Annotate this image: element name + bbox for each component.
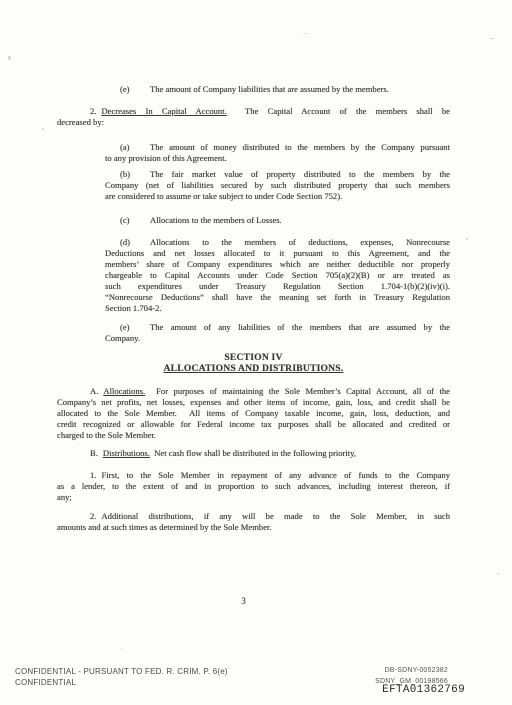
paragraph-2-decreases: 2.Decreases In Capital Account. The Capi…: [57, 106, 450, 128]
underlined-text: Decreases In Capital Account.: [101, 106, 226, 116]
paragraph-d-line: such expenditures under Treasury Regulat…: [105, 281, 450, 292]
paragraph-d-line: (d)Allocations to the members of deducti…: [105, 237, 450, 248]
text-segment: Allocations to the members of deductions…: [150, 237, 450, 247]
document-body: (e)The amount of Company liabilities tha…: [0, 0, 512, 533]
paragraph-b-line: are considered to assume or take subject…: [105, 191, 450, 202]
paragraph-1-first-line: 1.First, to the Sole Member in repayment…: [57, 470, 450, 481]
paragraph-B-distributions: B.Distributions. Net cash flow shall be …: [57, 448, 450, 459]
text-segment: The amount of any liabilities of the mem…: [150, 322, 450, 332]
scan-speckle: [303, 33, 308, 34]
paragraph-b: (b)The fair market value of property dis…: [105, 169, 450, 202]
paragraph-d: (d)Allocations to the members of deducti…: [105, 237, 450, 314]
paragraph-d-line: chargeable to Capital Accounts under Cod…: [105, 270, 450, 281]
text-segment: First, to the Sole Member in repayment o…: [101, 470, 450, 480]
text-segment: Additional distributions, if any will be…: [101, 511, 450, 521]
underlined-text: ALLOCATIONS AND DISTRIBUTIONS.: [164, 363, 344, 374]
text-segment: For purposes of maintaining the Sole Mem…: [145, 386, 450, 396]
paragraph-c: (c)Allocations to the members of Losses.: [105, 215, 450, 226]
paragraph-d-line: members’ share of Company expenditures w…: [105, 259, 450, 270]
paragraph-A-allocations-line: charged to the Sole Member.: [57, 430, 450, 441]
paragraph-2-decreases-line: decreased by:: [57, 117, 450, 128]
text-segment: Company.: [105, 333, 140, 343]
scan-speckle: [497, 573, 499, 575]
paragraph-label: (d): [120, 237, 150, 248]
footer-confidential-line1: CONFIDENTIAL - PURSUANT TO FED. R. CRIM.…: [15, 666, 228, 677]
paragraph-b-line: Company (net of liabilities secured by s…: [105, 180, 450, 191]
paragraph-B-distributions-line: B.Distributions. Net cash flow shall be …: [57, 448, 450, 459]
bates-number: EFTA01362769: [382, 684, 465, 696]
paragraph-A-allocations-line: Company’s net profits, net losses, expen…: [57, 397, 450, 408]
scan-speckle: [120, 648, 122, 649]
paragraph-e-liabilities: (e)The amount of any liabilities of the …: [105, 322, 450, 344]
paragraph-a-line: (a)The amount of money distributed to th…: [105, 142, 450, 153]
section-heading-line: ALLOCATIONS AND DISTRIBUTIONS.: [57, 363, 450, 374]
paragraph-1-first-line: as a lender, to the extent of and in pro…: [57, 481, 450, 492]
paragraph-label: 2.: [90, 511, 96, 521]
paragraph-A-allocations-line: allocated to the Sole Member. All items …: [57, 408, 450, 419]
paragraph-label: (e): [120, 322, 150, 333]
page-number: 3: [45, 596, 442, 606]
text-segment: SECTION IV: [224, 352, 282, 363]
underlined-text: Distributions.: [103, 448, 150, 458]
text-segment: Company (net of liabilities secured by s…: [105, 180, 450, 190]
text-segment: Deductions and net losses allocated to i…: [105, 248, 450, 258]
text-segment: “Nonrecourse Deductions” shall have the …: [105, 292, 450, 302]
paragraph-2-additional-line: 2.Additional distributions, if any will …: [57, 511, 450, 522]
text-segment: Company’s net profits, net losses, expen…: [57, 397, 450, 407]
text-segment: The amount of money distributed to the m…: [150, 142, 450, 152]
text-segment: such expenditures under Treasury Regulat…: [105, 281, 450, 291]
text-segment: to any provision of this Agreement.: [105, 153, 227, 163]
paragraph-e-increase-line: (e)The amount of Company liabilities tha…: [105, 84, 450, 95]
underlined-text: Allocations.: [103, 386, 145, 396]
paragraph-1-first-line: any;: [57, 492, 450, 503]
paragraph-A-allocations-line: A.Allocations. For purposes of maintaini…: [57, 386, 450, 397]
document-page: (e)The amount of Company liabilities tha…: [0, 0, 512, 705]
paragraph-label: 1.: [90, 470, 96, 480]
scan-speckle: [466, 238, 468, 240]
text-segment: allocated to the Sole Member. All items …: [57, 408, 450, 418]
text-segment: chargeable to Capital Accounts under Cod…: [105, 270, 450, 280]
paragraph-1-first: 1.First, to the Sole Member in repayment…: [57, 470, 450, 503]
footer-confidential-stamp: CONFIDENTIAL - PURSUANT TO FED. R. CRIM.…: [15, 666, 228, 688]
text-segment: decreased by:: [57, 117, 104, 127]
paragraph-label: A.: [90, 386, 98, 396]
paragraph-c-line: (c)Allocations to the members of Losses.: [105, 215, 450, 226]
paragraph-label: 2.: [90, 106, 96, 116]
section-heading-line: SECTION IV: [57, 352, 450, 363]
footer-db-number: DB-SDNY-0052382: [375, 666, 448, 677]
paragraph-d-line: Section 1.704-2.: [105, 303, 450, 314]
scan-speckle: [42, 128, 44, 130]
text-segment: as a lender, to the extent of and in pro…: [57, 481, 450, 491]
section-heading: SECTION IVALLOCATIONS AND DISTRIBUTIONS.: [57, 352, 450, 374]
text-segment: Net cash flow shall be distributed in th…: [150, 448, 356, 458]
text-segment: Allocations to the members of Losses.: [150, 215, 282, 225]
text-segment: are considered to assume or take subject…: [105, 191, 342, 201]
paragraph-e-liabilities-line: (e)The amount of any liabilities of the …: [105, 322, 450, 333]
paragraph-label: (c): [120, 215, 150, 226]
text-segment: The Capital Account of the members shall…: [227, 106, 450, 116]
paragraph-a-line: to any provision of this Agreement.: [105, 153, 450, 164]
scan-speckle: [490, 38, 494, 39]
text-segment: credit recognized or allowable for Feder…: [57, 419, 450, 429]
text-segment: charged to the Sole Member.: [57, 430, 156, 440]
paragraph-e-increase: (e)The amount of Company liabilities tha…: [105, 84, 450, 95]
paragraph-label: B.: [90, 448, 98, 458]
text-segment: amounts and at such times as determined …: [57, 522, 272, 532]
paragraph-A-allocations: A.Allocations. For purposes of maintaini…: [57, 386, 450, 441]
paragraph-d-line: “Nonrecourse Deductions” shall have the …: [105, 292, 450, 303]
footer-confidential-line2: CONFIDENTIAL: [15, 677, 228, 688]
paragraph-2-additional-line: amounts and at such times as determined …: [57, 522, 450, 533]
text-segment: any;: [57, 492, 72, 502]
paragraph-label: (a): [120, 142, 150, 153]
paragraph-2-additional: 2.Additional distributions, if any will …: [57, 511, 450, 533]
paragraph-b-line: (b)The fair market value of property dis…: [105, 169, 450, 180]
text-segment: The fair market value of property distri…: [150, 169, 450, 179]
paragraph-e-liabilities-line: Company.: [105, 333, 450, 344]
paragraph-label: (b): [120, 169, 150, 180]
paragraph-a: (a)The amount of money distributed to th…: [105, 142, 450, 164]
text-segment: The amount of Company liabilities that a…: [150, 84, 389, 94]
paragraph-A-allocations-line: credit recognized or allowable for Feder…: [57, 419, 450, 430]
text-segment: members’ share of Company expenditures w…: [105, 259, 450, 269]
paragraph-d-line: Deductions and net losses allocated to i…: [105, 248, 450, 259]
text-segment: Section 1.704-2.: [105, 303, 162, 313]
paragraph-2-decreases-line: 2.Decreases In Capital Account. The Capi…: [57, 106, 450, 117]
paragraph-label: (e): [120, 84, 150, 95]
